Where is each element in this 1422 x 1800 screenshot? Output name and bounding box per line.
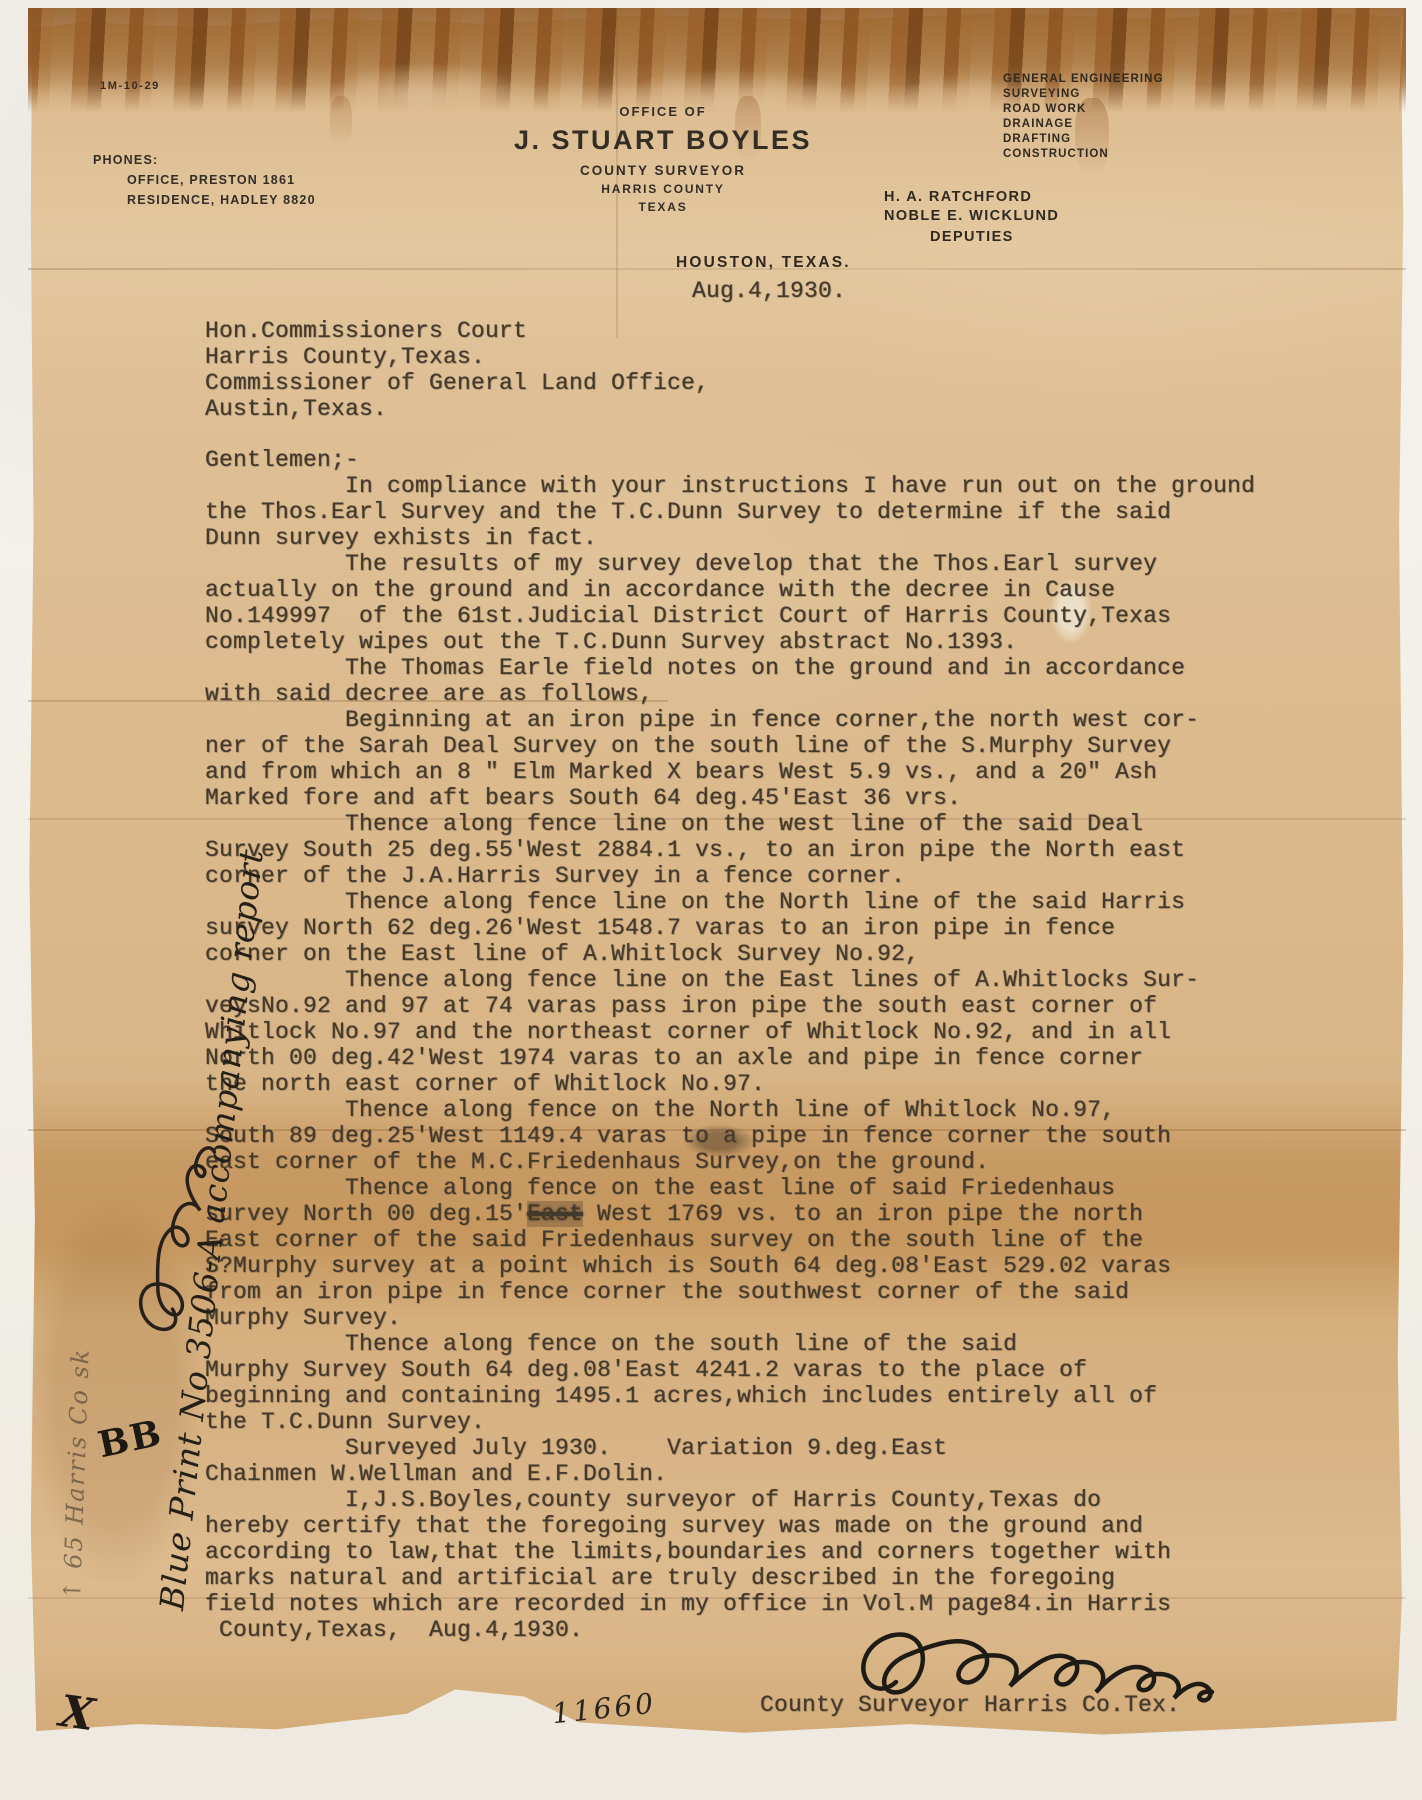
typed-line: Beginning at an iron pipe in fence corne… <box>205 707 1255 733</box>
typed-line: In compliance with your instructions I h… <box>205 473 1255 499</box>
letterhead-center: OFFICE OF J. STUART BOYLES COUNTY SURVEY… <box>448 104 878 214</box>
typed-line: corner of the J.A.Harris Survey in a fen… <box>205 863 1255 889</box>
typed-line: the north east corner of Whitlock No.97. <box>205 1071 1255 1097</box>
x-mark: X <box>57 1686 98 1741</box>
typed-line: east corner of the M.C.Friedenhaus Surve… <box>205 1149 1255 1175</box>
services-list: GENERAL ENGINEERINGSURVEYINGROAD WORKDRA… <box>1003 72 1164 162</box>
typed-line: Thence along fence line on the North lin… <box>205 889 1255 915</box>
phone-office: OFFICE, PRESTON 1861 <box>127 170 316 190</box>
stain-streak <box>330 96 352 146</box>
address-line: Hon.Commissioners Court <box>205 318 709 344</box>
typed-line: The results of my survey develop that th… <box>205 551 1255 577</box>
typed-line: survey North 62 deg.26'West 1548.7 varas… <box>205 915 1255 941</box>
typed-line: Thence along fence on the east line of s… <box>205 1175 1255 1201</box>
letter-body: Gentlemen;- In compliance with your inst… <box>205 447 1255 1643</box>
typed-line: hereby certify that the foregoing survey… <box>205 1513 1255 1539</box>
surveyor-name: J. STUART BOYLES <box>448 125 878 156</box>
scanned-letter-page: 1M-10-29 PHONES: OFFICE, PRESTON 1861 RE… <box>0 0 1422 1800</box>
typed-line: corner on the East line of A.Whitlock Su… <box>205 941 1255 967</box>
service-item: SURVEYING <box>1003 87 1164 102</box>
typed-line: Thence along fence line on the west line… <box>205 811 1255 837</box>
office-of-label: OFFICE OF <box>448 104 878 119</box>
service-item: GENERAL ENGINEERING <box>1003 72 1164 87</box>
typed-line: Surveyed July 1930. Variation 9.deg.East <box>205 1435 1255 1461</box>
service-item: ROAD WORK <box>1003 102 1164 117</box>
address-line: Austin,Texas. <box>205 396 709 422</box>
typed-line: veysNo.92 and 97 at 74 varas pass iron p… <box>205 993 1255 1019</box>
typed-line: survey North 00 deg.15'East West 1769 vs… <box>205 1201 1255 1227</box>
deputies-label: DEPUTIES <box>930 228 1059 247</box>
typed-line: Gentlemen;- <box>205 447 1255 473</box>
deputy-name: NOBLE E. WICKLUND <box>884 207 1059 226</box>
typed-line: marks natural and artificial are truly d… <box>205 1565 1255 1591</box>
deputy-name: H. A. RATCHFORD <box>884 188 1059 207</box>
signature-scrawl <box>848 1612 1248 1712</box>
struck-text: East <box>527 1201 583 1227</box>
typed-line: the Thos.Earl Survey and the T.C.Dunn Su… <box>205 499 1255 525</box>
dateline-city: HOUSTON, TEXAS. <box>676 254 851 272</box>
phones-block: PHONES: OFFICE, PRESTON 1861 RESIDENCE, … <box>93 150 316 210</box>
typed-line: Whitlock No.97 and the northeast corner … <box>205 1019 1255 1045</box>
address-line: Harris County,Texas. <box>205 344 709 370</box>
deputies-names: H. A. RATCHFORDNOBLE E. WICKLUND <box>884 188 1059 226</box>
typed-line: I,J.S.Boyles,county surveyor of Harris C… <box>205 1487 1255 1513</box>
phone-residence: RESIDENCE, HADLEY 8820 <box>127 190 316 210</box>
typed-line: and from which an 8 " Elm Marked X bears… <box>205 759 1255 785</box>
typed-line: completely wipes out the T.C.Dunn Survey… <box>205 629 1255 655</box>
surveyor-county: HARRIS COUNTY <box>448 182 878 196</box>
recipient-address: Hon.Commissioners CourtHarris County,Tex… <box>205 318 709 422</box>
typed-line: East corner of the said Friedenhaus surv… <box>205 1227 1255 1253</box>
typed-line: Survey South 25 deg.55'West 2884.1 vs., … <box>205 837 1255 863</box>
form-number: 1M-10-29 <box>100 80 160 92</box>
typed-line: South 89 deg.25'West 1149.4 varas to a p… <box>205 1123 1255 1149</box>
service-item: DRAFTING <box>1003 132 1164 147</box>
surveyor-state: TEXAS <box>448 200 878 214</box>
typed-line: with said decree are as follows, <box>205 681 1255 707</box>
typed-line: S?Murphy survey at a point which is Sout… <box>205 1253 1255 1279</box>
typed-line: beginning and containing 1495.1 acres,wh… <box>205 1383 1255 1409</box>
typed-line: Dunn survey exhists in fact. <box>205 525 1255 551</box>
typed-line: ner of the Sarah Deal Survey on the sout… <box>205 733 1255 759</box>
typed-line: North 00 deg.42'West 1974 varas to an ax… <box>205 1045 1255 1071</box>
address-line: Commissioner of General Land Office, <box>205 370 709 396</box>
surveyor-title: COUNTY SURVEYOR <box>448 163 878 178</box>
typed-line: The Thomas Earle field notes on the grou… <box>205 655 1255 681</box>
typed-line: the T.C.Dunn Survey. <box>205 1409 1255 1435</box>
typed-line: Thence along fence line on the East line… <box>205 967 1255 993</box>
service-item: CONSTRUCTION <box>1003 147 1164 162</box>
typed-line: actually on the ground and in accordance… <box>205 577 1255 603</box>
deputies-block: H. A. RATCHFORDNOBLE E. WICKLUND DEPUTIE… <box>884 188 1059 247</box>
phones-label: PHONES: <box>93 150 316 170</box>
typed-line: No.149997 of the 61st.Judicial District … <box>205 603 1255 629</box>
typed-line: Thence along fence on the North line of … <box>205 1097 1255 1123</box>
typed-line: Marked fore and aft bears South 64 deg.4… <box>205 785 1255 811</box>
top-stain-band <box>28 8 1406 112</box>
typed-line: Thence along fence on the south line of … <box>205 1331 1255 1357</box>
typed-line: Chainmen W.Wellman and E.F.Dolin. <box>205 1461 1255 1487</box>
typed-line: Murphy Survey. <box>205 1305 1255 1331</box>
service-item: DRAINAGE <box>1003 117 1164 132</box>
typed-line: from an iron pipe in fence corner the so… <box>205 1279 1255 1305</box>
typed-line: according to law,that the limits,boundar… <box>205 1539 1255 1565</box>
typed-line: Murphy Survey South 64 deg.08'East 4241.… <box>205 1357 1255 1383</box>
dateline-date: Aug.4,1930. <box>692 278 846 304</box>
